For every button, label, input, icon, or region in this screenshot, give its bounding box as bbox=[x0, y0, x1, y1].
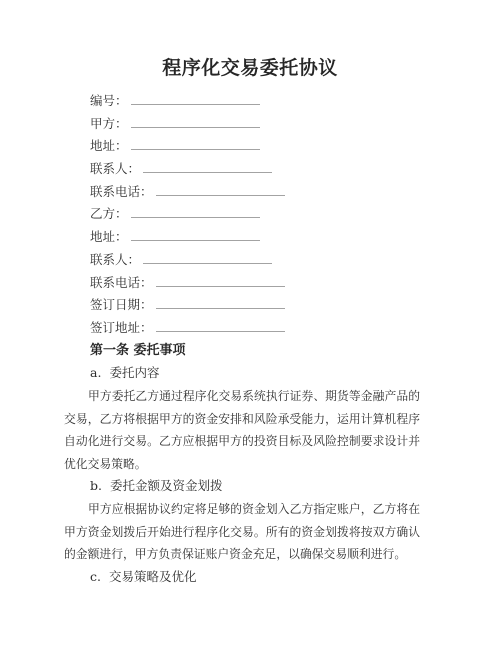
header-fields: 编号： 甲方： 地址： 联系人： 联系电话： 乙方： 地址： 联系人： 联系电话… bbox=[90, 90, 500, 340]
field-row-number: 编号： bbox=[90, 90, 500, 113]
field-row-sign-place: 签订地址： bbox=[90, 317, 500, 340]
list-item-b: b.委托金额及资金划拨 bbox=[90, 475, 500, 498]
blank-line bbox=[156, 296, 285, 309]
field-label: 联系电话： bbox=[90, 184, 153, 199]
section-heading-article-1: 第一条 委托事项 bbox=[90, 340, 500, 363]
list-item-marker: c. bbox=[90, 569, 101, 584]
field-label: 签订日期： bbox=[90, 297, 153, 312]
list-item-a: a.委托内容 bbox=[90, 362, 500, 385]
blank-line bbox=[131, 92, 260, 105]
field-row-phone-a: 联系电话： bbox=[90, 181, 500, 204]
list-item-marker: a. bbox=[90, 365, 101, 380]
blank-line bbox=[156, 183, 285, 196]
field-label: 甲方： bbox=[90, 116, 128, 131]
field-label: 地址： bbox=[90, 138, 128, 153]
document-page: 程序化交易委托协议 编号： 甲方： 地址： 联系人： 联系电话： 乙方： 地址：… bbox=[0, 0, 500, 647]
field-row-sign-date: 签订日期： bbox=[90, 294, 500, 317]
field-row-phone-b: 联系电话： bbox=[90, 272, 500, 295]
list-item-title: 交易策略及优化 bbox=[109, 569, 197, 584]
field-label: 编号： bbox=[90, 93, 128, 108]
list-item-title: 委托内容 bbox=[109, 365, 159, 380]
field-label: 地址： bbox=[90, 229, 128, 244]
blank-line bbox=[156, 274, 285, 287]
blank-line bbox=[143, 160, 272, 173]
blank-line bbox=[143, 251, 272, 264]
list-item-c: c.交易策略及优化 bbox=[90, 566, 500, 589]
field-label: 联系人： bbox=[90, 161, 140, 176]
document-title: 程序化交易委托协议 bbox=[0, 0, 500, 81]
blank-line bbox=[131, 205, 260, 218]
field-label: 联系电话： bbox=[90, 275, 153, 290]
field-row-party-a: 甲方： bbox=[90, 113, 500, 136]
field-label: 乙方： bbox=[90, 206, 128, 221]
field-row-address-b: 地址： bbox=[90, 226, 500, 249]
blank-line bbox=[131, 228, 260, 241]
list-item-title: 委托金额及资金划拨 bbox=[110, 478, 223, 493]
field-label: 联系人： bbox=[90, 252, 140, 267]
list-item-marker: b. bbox=[90, 478, 102, 493]
paragraph-funds-transfer: 甲方应根据协议约定将足够的资金划入乙方指定账户，乙方将在甲方资金划拨后开始进行程… bbox=[64, 498, 420, 566]
field-row-party-b: 乙方： bbox=[90, 203, 500, 226]
field-row-address-a: 地址： bbox=[90, 135, 500, 158]
blank-line bbox=[131, 115, 260, 128]
blank-line bbox=[156, 319, 285, 332]
blank-line bbox=[131, 137, 260, 150]
field-label: 签订地址： bbox=[90, 320, 153, 335]
paragraph-entrustment-content: 甲方委托乙方通过程序化交易系统执行证券、期货等金融产品的交易，乙方将根据甲方的资… bbox=[64, 385, 420, 475]
field-row-contact-a: 联系人： bbox=[90, 158, 500, 181]
field-row-contact-b: 联系人： bbox=[90, 249, 500, 272]
